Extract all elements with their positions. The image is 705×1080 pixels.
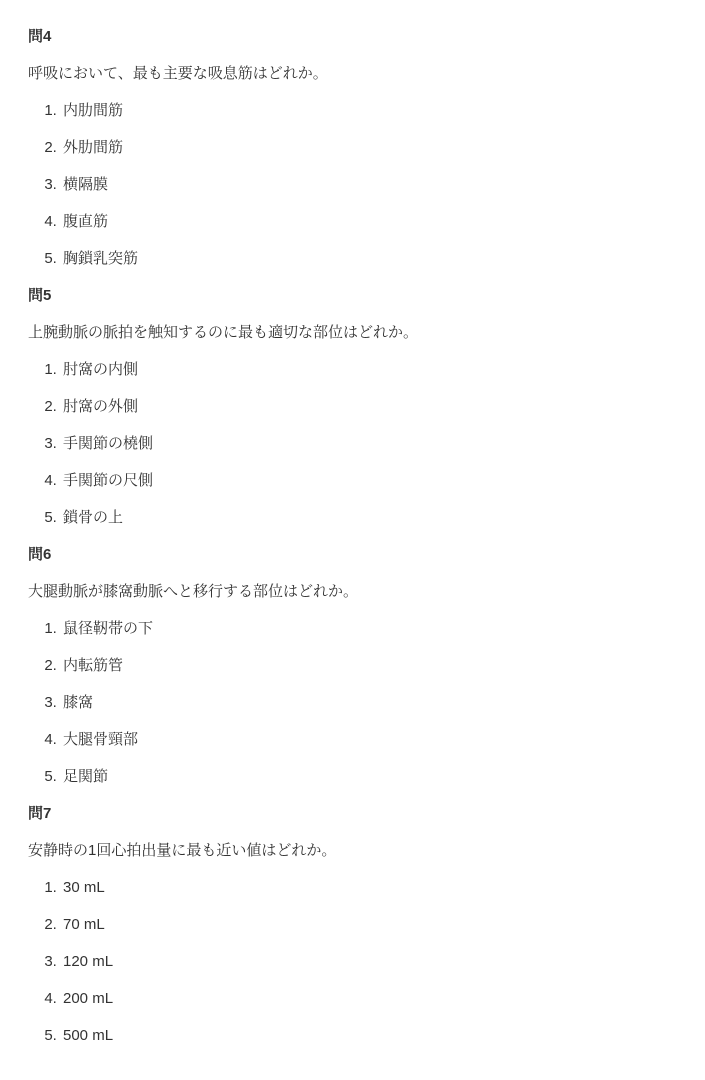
answer-option: 足関節	[61, 766, 677, 787]
answer-options: 30 mL70 mL120 mL200 mL500 mL	[28, 877, 677, 1046]
question-text: 安静時の1回心拍出量に最も近い値はどれか。	[28, 840, 677, 861]
answer-option: 胸鎖乳突筋	[61, 248, 677, 269]
answer-option: 外肋間筋	[61, 137, 677, 158]
question-block: 問7 安静時の1回心拍出量に最も近い値はどれか。 30 mL70 mL120 m…	[28, 803, 677, 1046]
question-number: 問5	[28, 285, 677, 306]
answer-option: 内肋間筋	[61, 100, 677, 121]
answer-option: 鎖骨の上	[61, 507, 677, 528]
question-text: 呼吸において、最も主要な吸息筋はどれか。	[28, 63, 677, 84]
answer-option: 大腿骨頸部	[61, 729, 677, 750]
answer-option: 鼠径靭帯の下	[61, 618, 677, 639]
answer-options: 鼠径靭帯の下内転筋管膝窩大腿骨頸部足関節	[28, 618, 677, 787]
answer-option: 200 mL	[61, 988, 677, 1009]
question-block: 問4 呼吸において、最も主要な吸息筋はどれか。 内肋間筋外肋間筋横隔膜腹直筋胸鎖…	[28, 26, 677, 269]
question-block: 問5 上腕動脈の脈拍を触知するのに最も適切な部位はどれか。 肘窩の内側肘窩の外側…	[28, 285, 677, 528]
question-text: 大腿動脈が膝窩動脈へと移行する部位はどれか。	[28, 581, 677, 602]
answer-option: 手関節の橈側	[61, 433, 677, 454]
answer-option: 膝窩	[61, 692, 677, 713]
answer-option: 内転筋管	[61, 655, 677, 676]
answer-option: 70 mL	[61, 914, 677, 935]
answer-option: 腹直筋	[61, 211, 677, 232]
answer-option: 手関節の尺側	[61, 470, 677, 491]
answer-options: 内肋間筋外肋間筋横隔膜腹直筋胸鎖乳突筋	[28, 100, 677, 269]
exam-question-list: 問4 呼吸において、最も主要な吸息筋はどれか。 内肋間筋外肋間筋横隔膜腹直筋胸鎖…	[28, 26, 677, 1046]
question-block: 問6 大腿動脈が膝窩動脈へと移行する部位はどれか。 鼠径靭帯の下内転筋管膝窩大腿…	[28, 544, 677, 787]
question-text: 上腕動脈の脈拍を触知するのに最も適切な部位はどれか。	[28, 322, 677, 343]
answer-option: 30 mL	[61, 877, 677, 898]
answer-options: 肘窩の内側肘窩の外側手関節の橈側手関節の尺側鎖骨の上	[28, 359, 677, 528]
question-number: 問7	[28, 803, 677, 824]
answer-option: 肘窩の外側	[61, 396, 677, 417]
answer-option: 120 mL	[61, 951, 677, 972]
answer-option: 横隔膜	[61, 174, 677, 195]
answer-option: 肘窩の内側	[61, 359, 677, 380]
question-number: 問4	[28, 26, 677, 47]
answer-option: 500 mL	[61, 1025, 677, 1046]
question-number: 問6	[28, 544, 677, 565]
